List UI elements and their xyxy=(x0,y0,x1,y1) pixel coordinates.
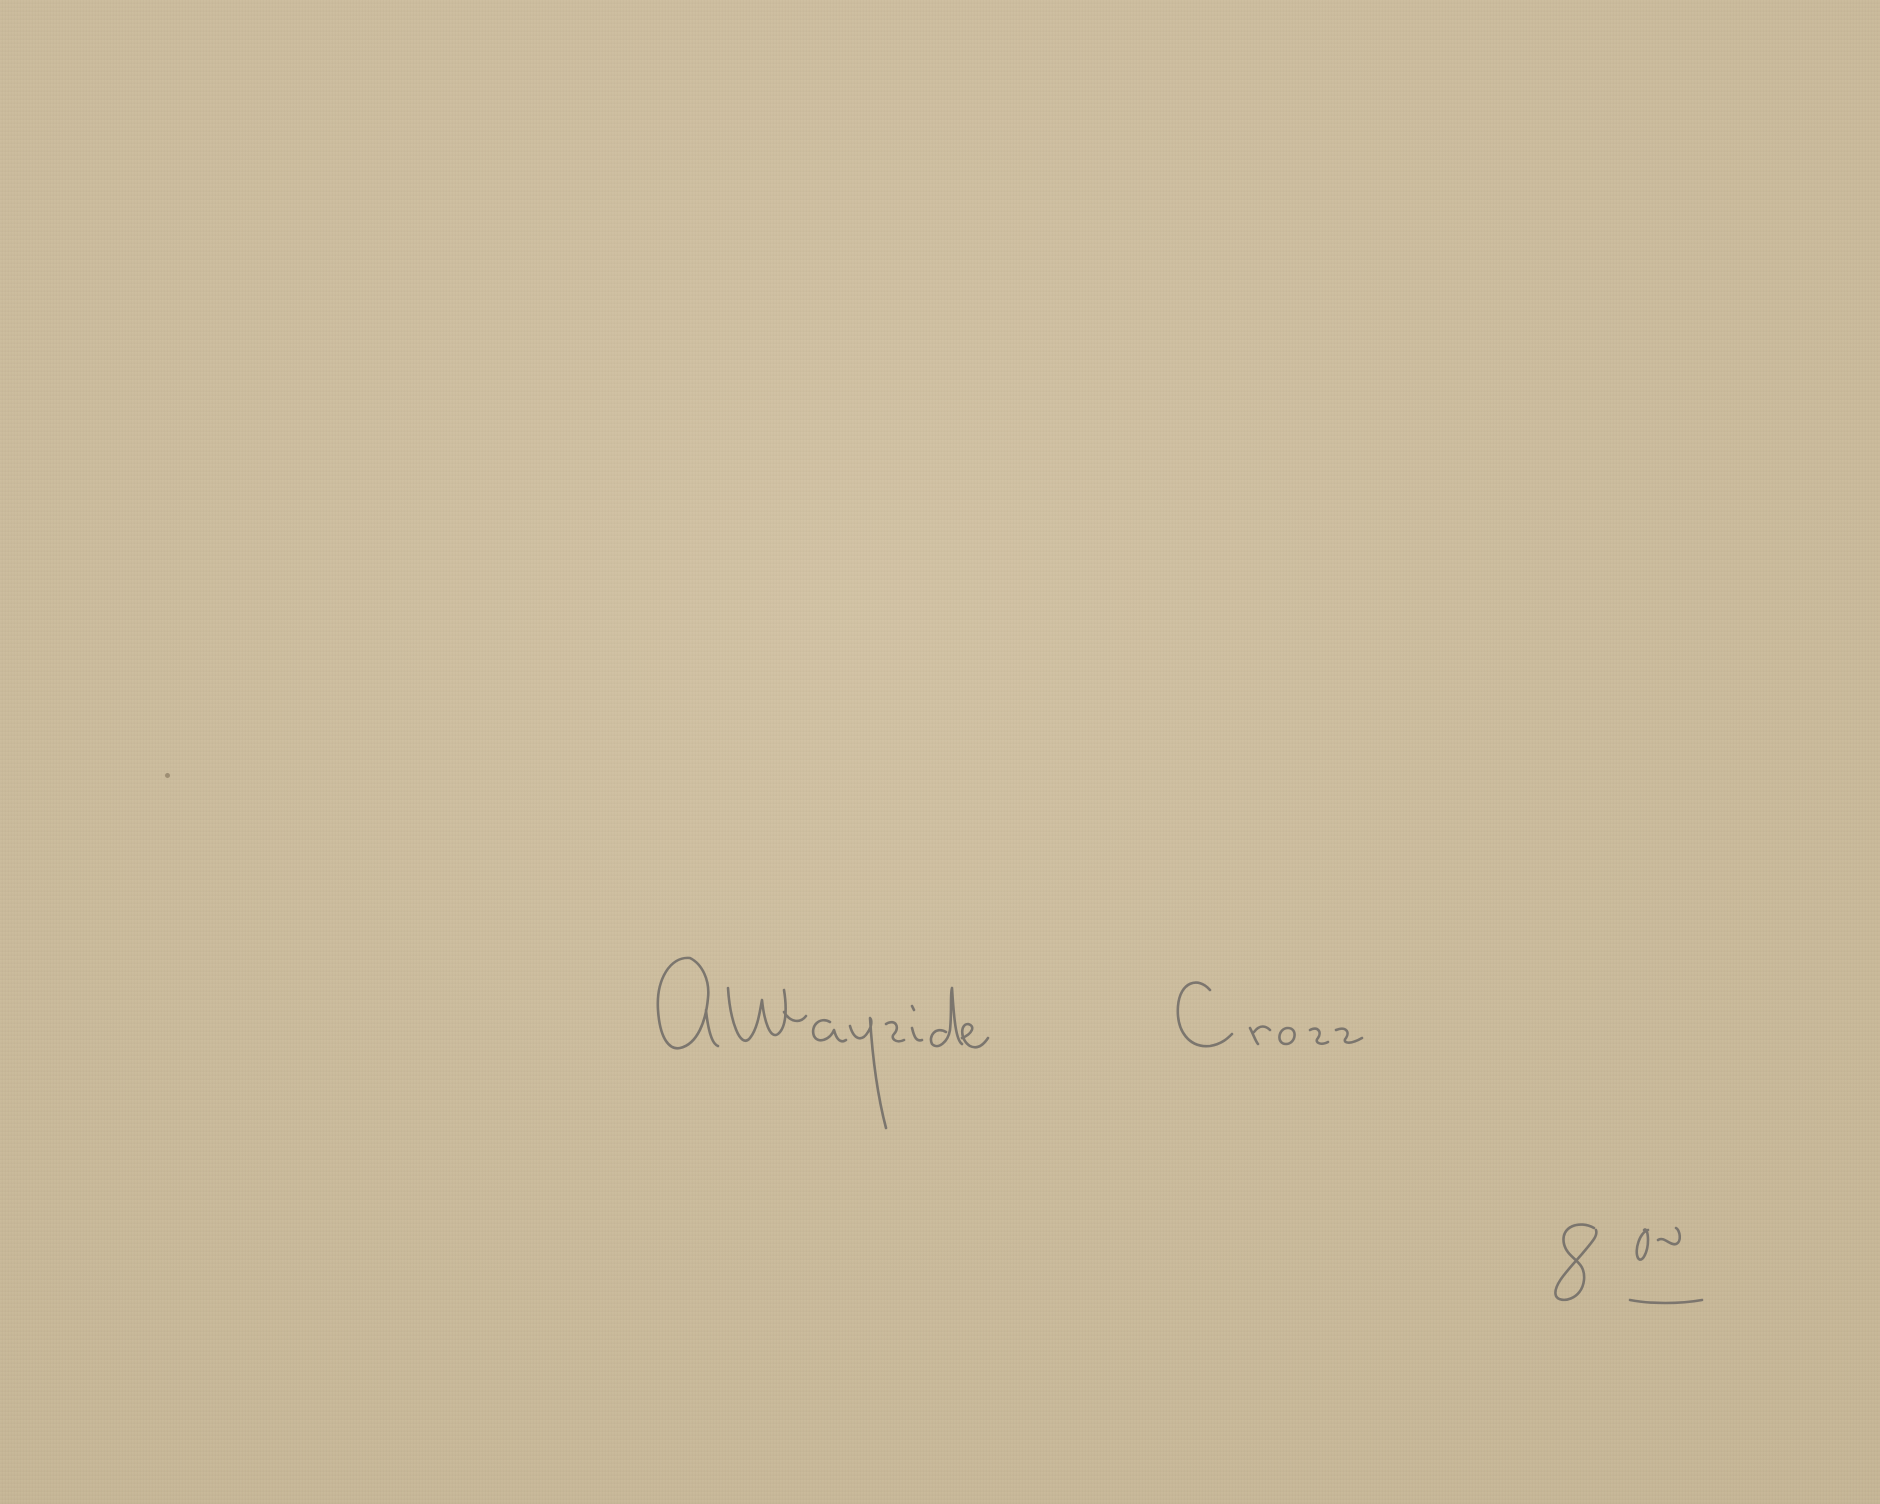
paper-sheet: A Wayside Cross xyxy=(0,0,1880,1504)
handwriting-strokes-title xyxy=(650,940,1670,1140)
handwritten-price-text: 8.00 xyxy=(1530,1200,1531,1201)
handwritten-title: A Wayside Cross xyxy=(650,940,1670,1140)
paper-speck xyxy=(165,773,170,778)
handwriting-strokes-price xyxy=(1530,1200,1730,1320)
handwritten-price: 8.00 xyxy=(1530,1200,1730,1320)
handwritten-title-text: A Wayside Cross xyxy=(650,940,651,941)
